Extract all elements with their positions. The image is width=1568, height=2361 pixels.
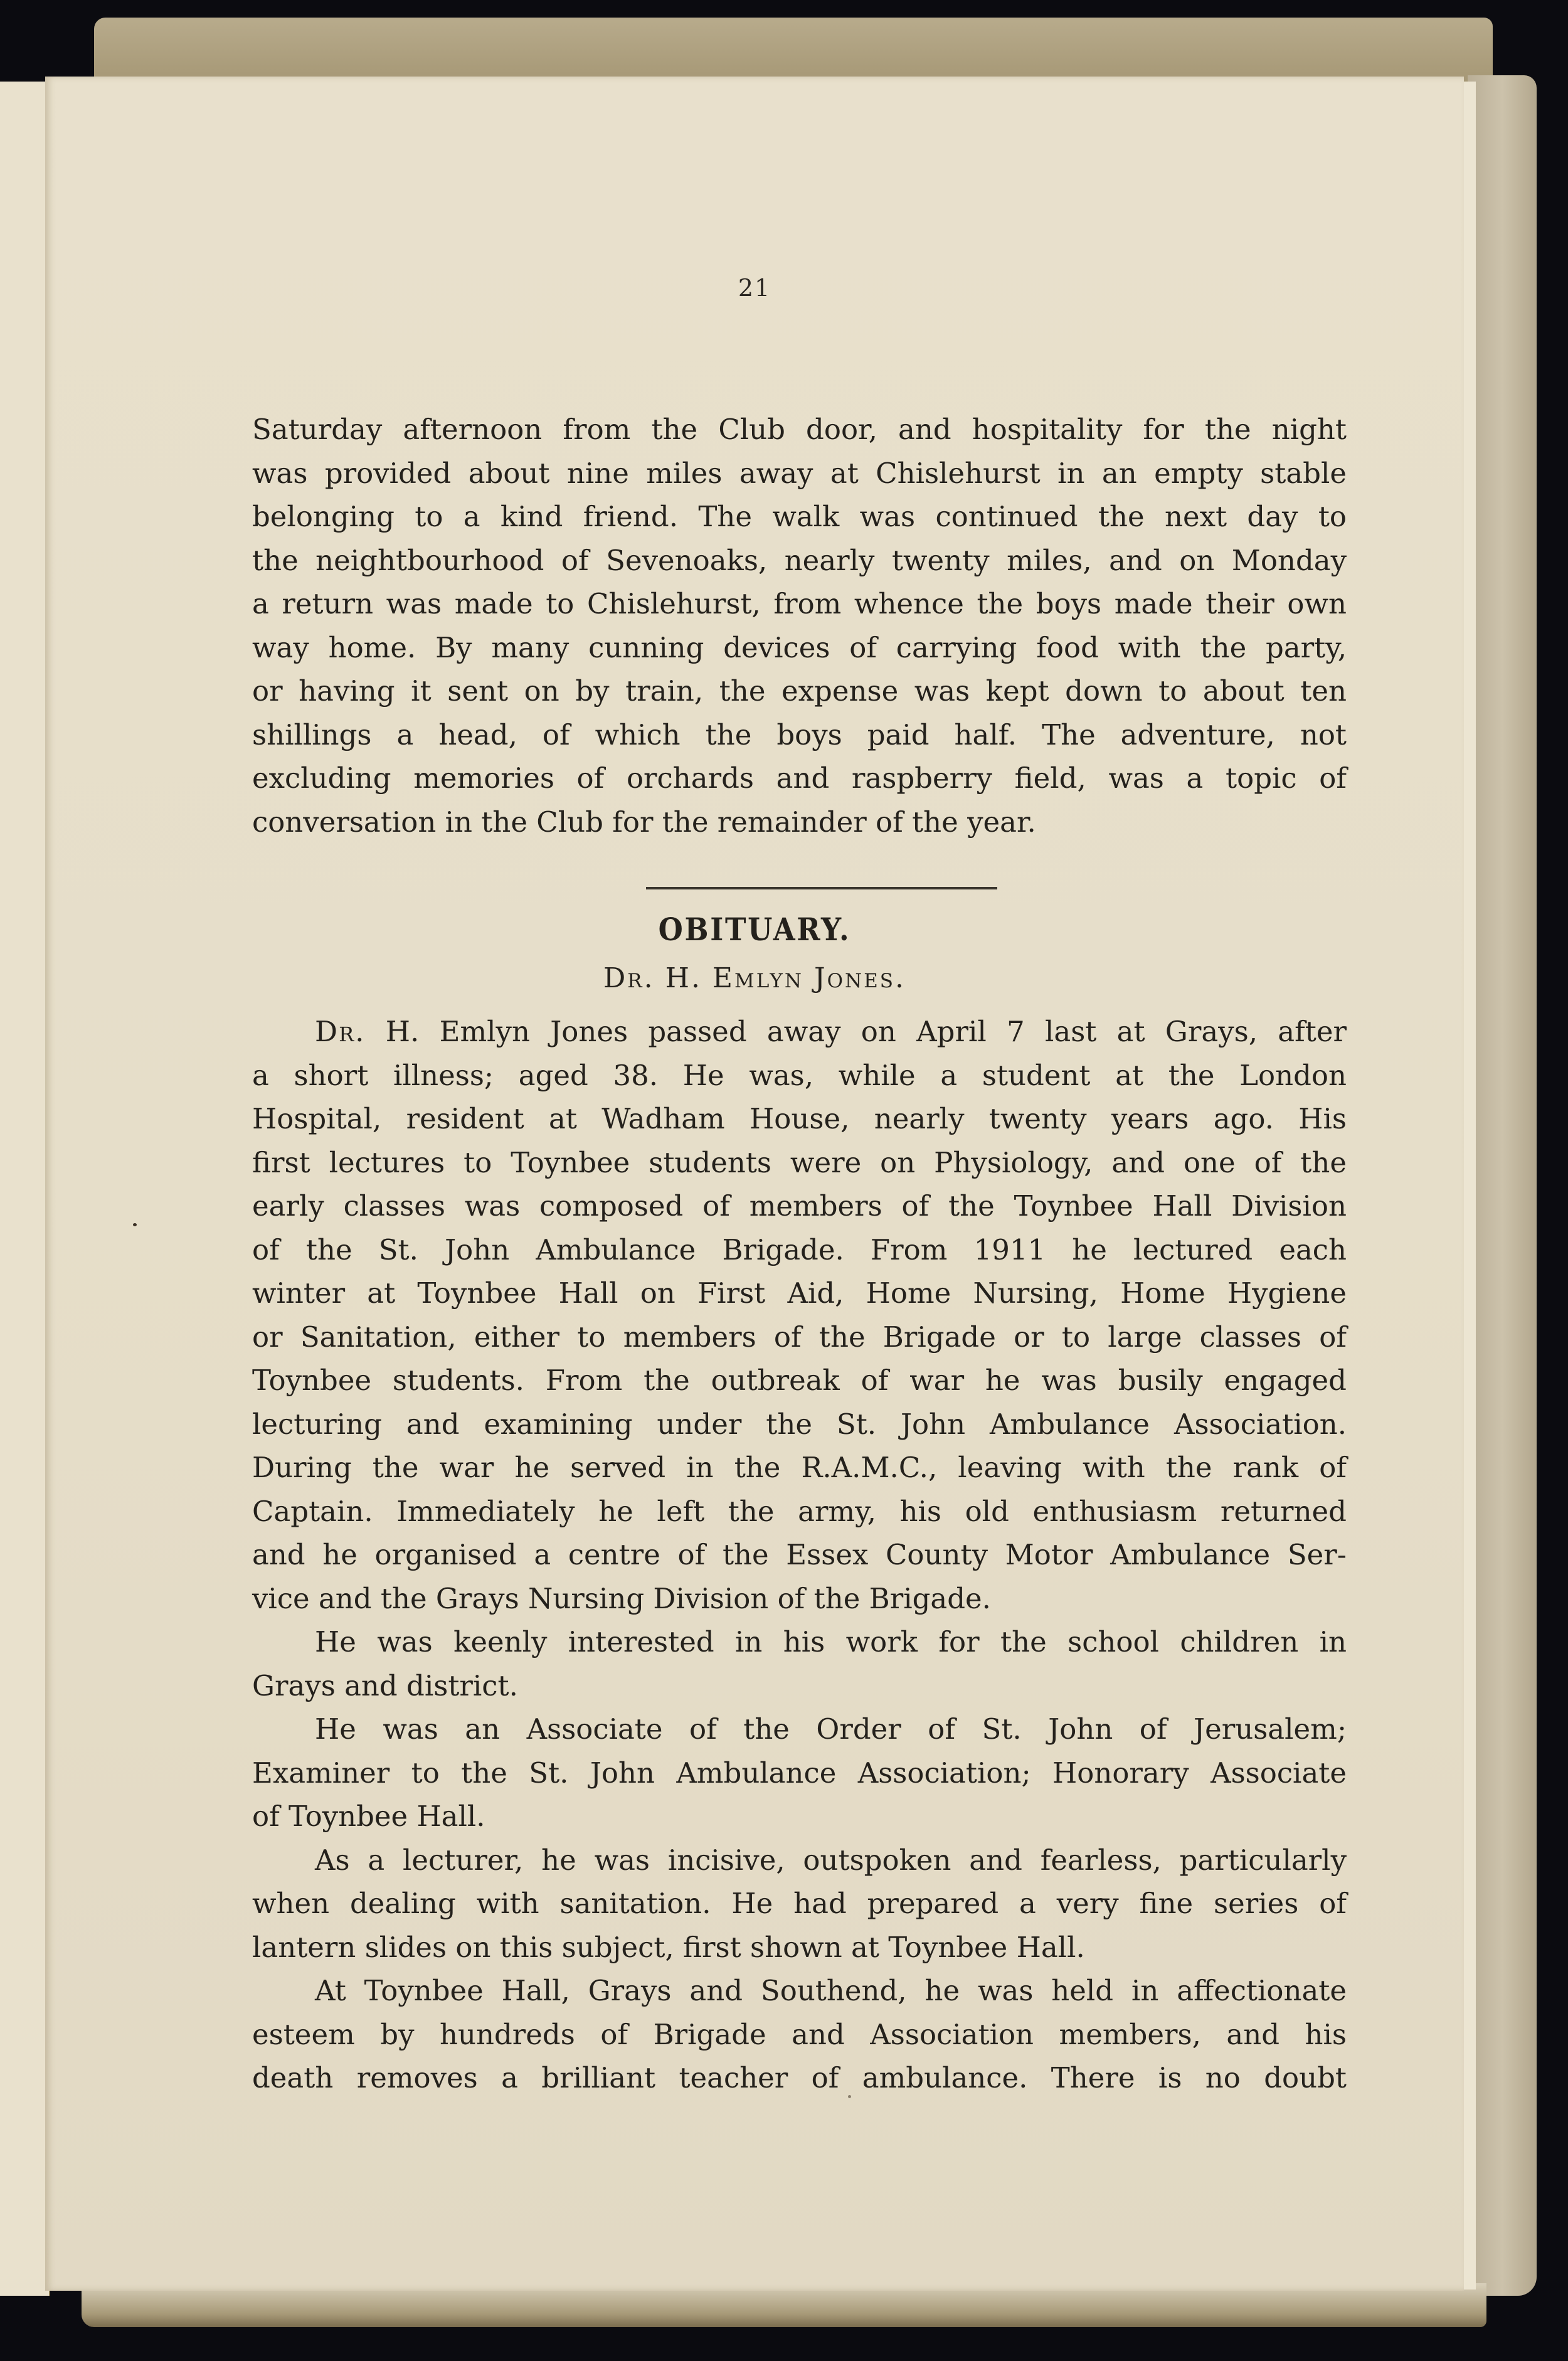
text-line: first lectures to Toynbee students were … <box>252 1141 1347 1185</box>
text-line: During the war he served in the R.A.M.C.… <box>252 1446 1347 1490</box>
obituary-subject-name: Dr. H. Emlyn Jones. <box>45 962 1464 994</box>
text-line: belonging to a kind friend. The walk was… <box>252 495 1347 539</box>
text-line: a return was made to Chislehurst, from w… <box>252 582 1347 626</box>
text-line: of Toynbee Hall. <box>252 1795 1347 1838</box>
text-line: Saturday afternoon from the Club door, a… <box>252 408 1347 452</box>
text-line: or Sanitation, either to members of the … <box>252 1315 1347 1359</box>
paper-speck <box>133 1223 137 1226</box>
text-line: way home. By many cunning devices of car… <box>252 626 1347 670</box>
text-line: Examiner to the St. John Ambulance Assoc… <box>252 1751 1347 1795</box>
text-fragment: H. Emlyn Jones passed away on April 7 la… <box>365 1015 1347 1048</box>
text-line: early classes was composed of members of… <box>252 1184 1347 1228</box>
section-divider <box>646 887 997 889</box>
paper-speck <box>848 2095 851 2098</box>
book-page: 21 Saturday afternoon from the Club door… <box>45 77 1464 2291</box>
text-line: At Toynbee Hall, Grays and Southend, he … <box>252 1969 1347 2013</box>
text-line: death removes a brilliant teacher of amb… <box>252 2056 1347 2100</box>
text-line: and he organised a centre of the Essex C… <box>252 1533 1347 1577</box>
text-line: or having it sent on by train, the expen… <box>252 669 1347 713</box>
text-line: shillings a head, of which the boys paid… <box>252 713 1347 757</box>
text-line: Grays and district. <box>252 1664 1347 1708</box>
text-line: As a lecturer, he was incisive, outspoke… <box>252 1838 1347 1882</box>
facing-page-left <box>0 82 50 2296</box>
text-line: lecturing and examining under the St. Jo… <box>252 1403 1347 1446</box>
text-line: when dealing with sanitation. He had pre… <box>252 1882 1347 1926</box>
section-title: OBITUARY. <box>116 911 1393 948</box>
text-line: winter at Toynbee Hall on First Aid, Hom… <box>252 1271 1347 1315</box>
text-line: of the St. John Ambulance Brigade. From … <box>252 1228 1347 1272</box>
book-cover-right-edge <box>1468 75 1537 2296</box>
text-line: the neightbourhood of Sevenoaks, nearly … <box>252 539 1347 583</box>
intro-paragraph: Saturday afternoon from the Club door, a… <box>252 408 1347 844</box>
text-line: lantern slides on this subject, first sh… <box>252 1926 1347 1970</box>
text-line: conversation in the Club for the remaind… <box>252 800 1347 844</box>
text-line: excluding memories of orchards and raspb… <box>252 756 1347 800</box>
text-line: was provided about nine miles away at Ch… <box>252 452 1347 496</box>
page-number: 21 <box>45 274 1464 302</box>
text-line: a short illness; aged 38. He was, while … <box>252 1054 1347 1098</box>
obituary-body: Dr. H. Emlyn Jones passed away on April … <box>252 1010 1347 2100</box>
text-line: Dr. H. Emlyn Jones passed away on April … <box>252 1010 1347 1054</box>
text-line: vice and the Grays Nursing Division of t… <box>252 1577 1347 1621</box>
lead-smallcaps: Dr. <box>315 1015 365 1048</box>
text-line: He was keenly interested in his work for… <box>252 1620 1347 1664</box>
text-line: He was an Associate of the Order of St. … <box>252 1707 1347 1751</box>
text-line: Hospital, resident at Wadham House, near… <box>252 1097 1347 1141</box>
text-line: Toynbee students. From the outbreak of w… <box>252 1359 1347 1403</box>
text-line: Captain. Immediately he left the army, h… <box>252 1490 1347 1534</box>
text-line: esteem by hundreds of Brigade and Associ… <box>252 2013 1347 2057</box>
